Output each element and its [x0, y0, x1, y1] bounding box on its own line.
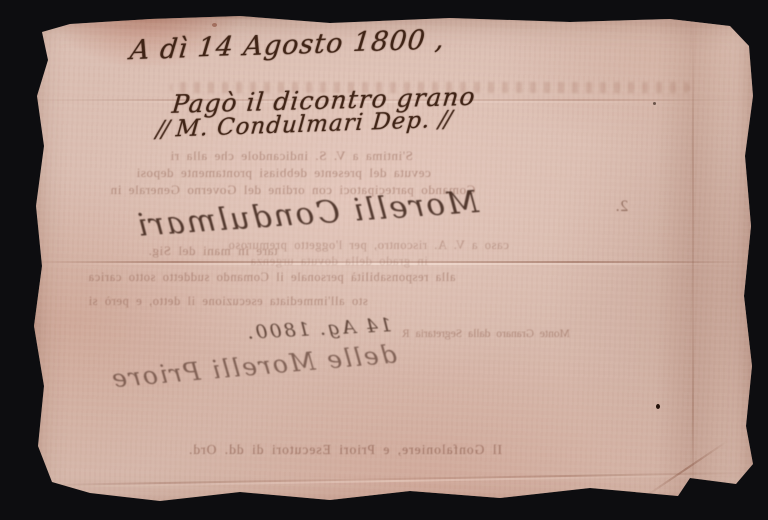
ink-speck — [656, 404, 660, 409]
bleedthrough-numeral-fragment: 2. — [615, 198, 628, 216]
paraph-mark: // — [155, 117, 169, 143]
bleedthrough-date-scrawl: 14 Ag. 1800. — [245, 314, 393, 344]
bleedthrough-officials-line: Il Gonfaloniere, e Priori Esecutori di d… — [188, 442, 502, 458]
paraph-mark: // — [437, 107, 451, 133]
bleedthrough-dateline: Monte Granaro dalla Segretaria R — [402, 328, 570, 340]
recto-date-line: A dì 14 Agosto 1800 , — [128, 24, 446, 66]
bleedthrough-printed-line: caso a V. A. riscontro, per l'oggetto pr… — [228, 238, 509, 253]
bleedthrough-signature-scrawl: delle Morelli Priore — [109, 340, 398, 394]
bleedthrough-printed-line: Comando partecipatoci con ordine del Gov… — [110, 182, 475, 198]
bleedthrough-printed-line: alla responsabilità personale il Comando… — [88, 270, 456, 285]
bleedthrough-printed-line: S'intima a V. S. indicandole che alla ri — [170, 148, 413, 164]
bleedthrough-printed-line: tare in mani del Sig. — [148, 243, 278, 259]
bleedthrough-printed-line: sto all'immediata esecuzione il detto, e… — [88, 294, 368, 309]
aged-paper-sheet: S'intima a V. S. indicandole che alla ri… — [30, 16, 757, 512]
vertical-fold-crease — [692, 16, 694, 512]
photograph-of-aged-document: S'intima a V. S. indicandole che alla ri… — [0, 0, 768, 520]
ink-speck — [653, 102, 656, 105]
bleedthrough-printed-line: cevuta del presente debbiasi prontamente… — [136, 165, 431, 181]
foxing-spot — [212, 23, 217, 27]
horizontal-crease-bottom — [30, 472, 757, 487]
bleedthrough-name-scrawl: Morelli Condulmari — [134, 184, 480, 244]
horizontal-crease-middle — [30, 261, 757, 263]
corner-fold-crease — [644, 440, 728, 498]
